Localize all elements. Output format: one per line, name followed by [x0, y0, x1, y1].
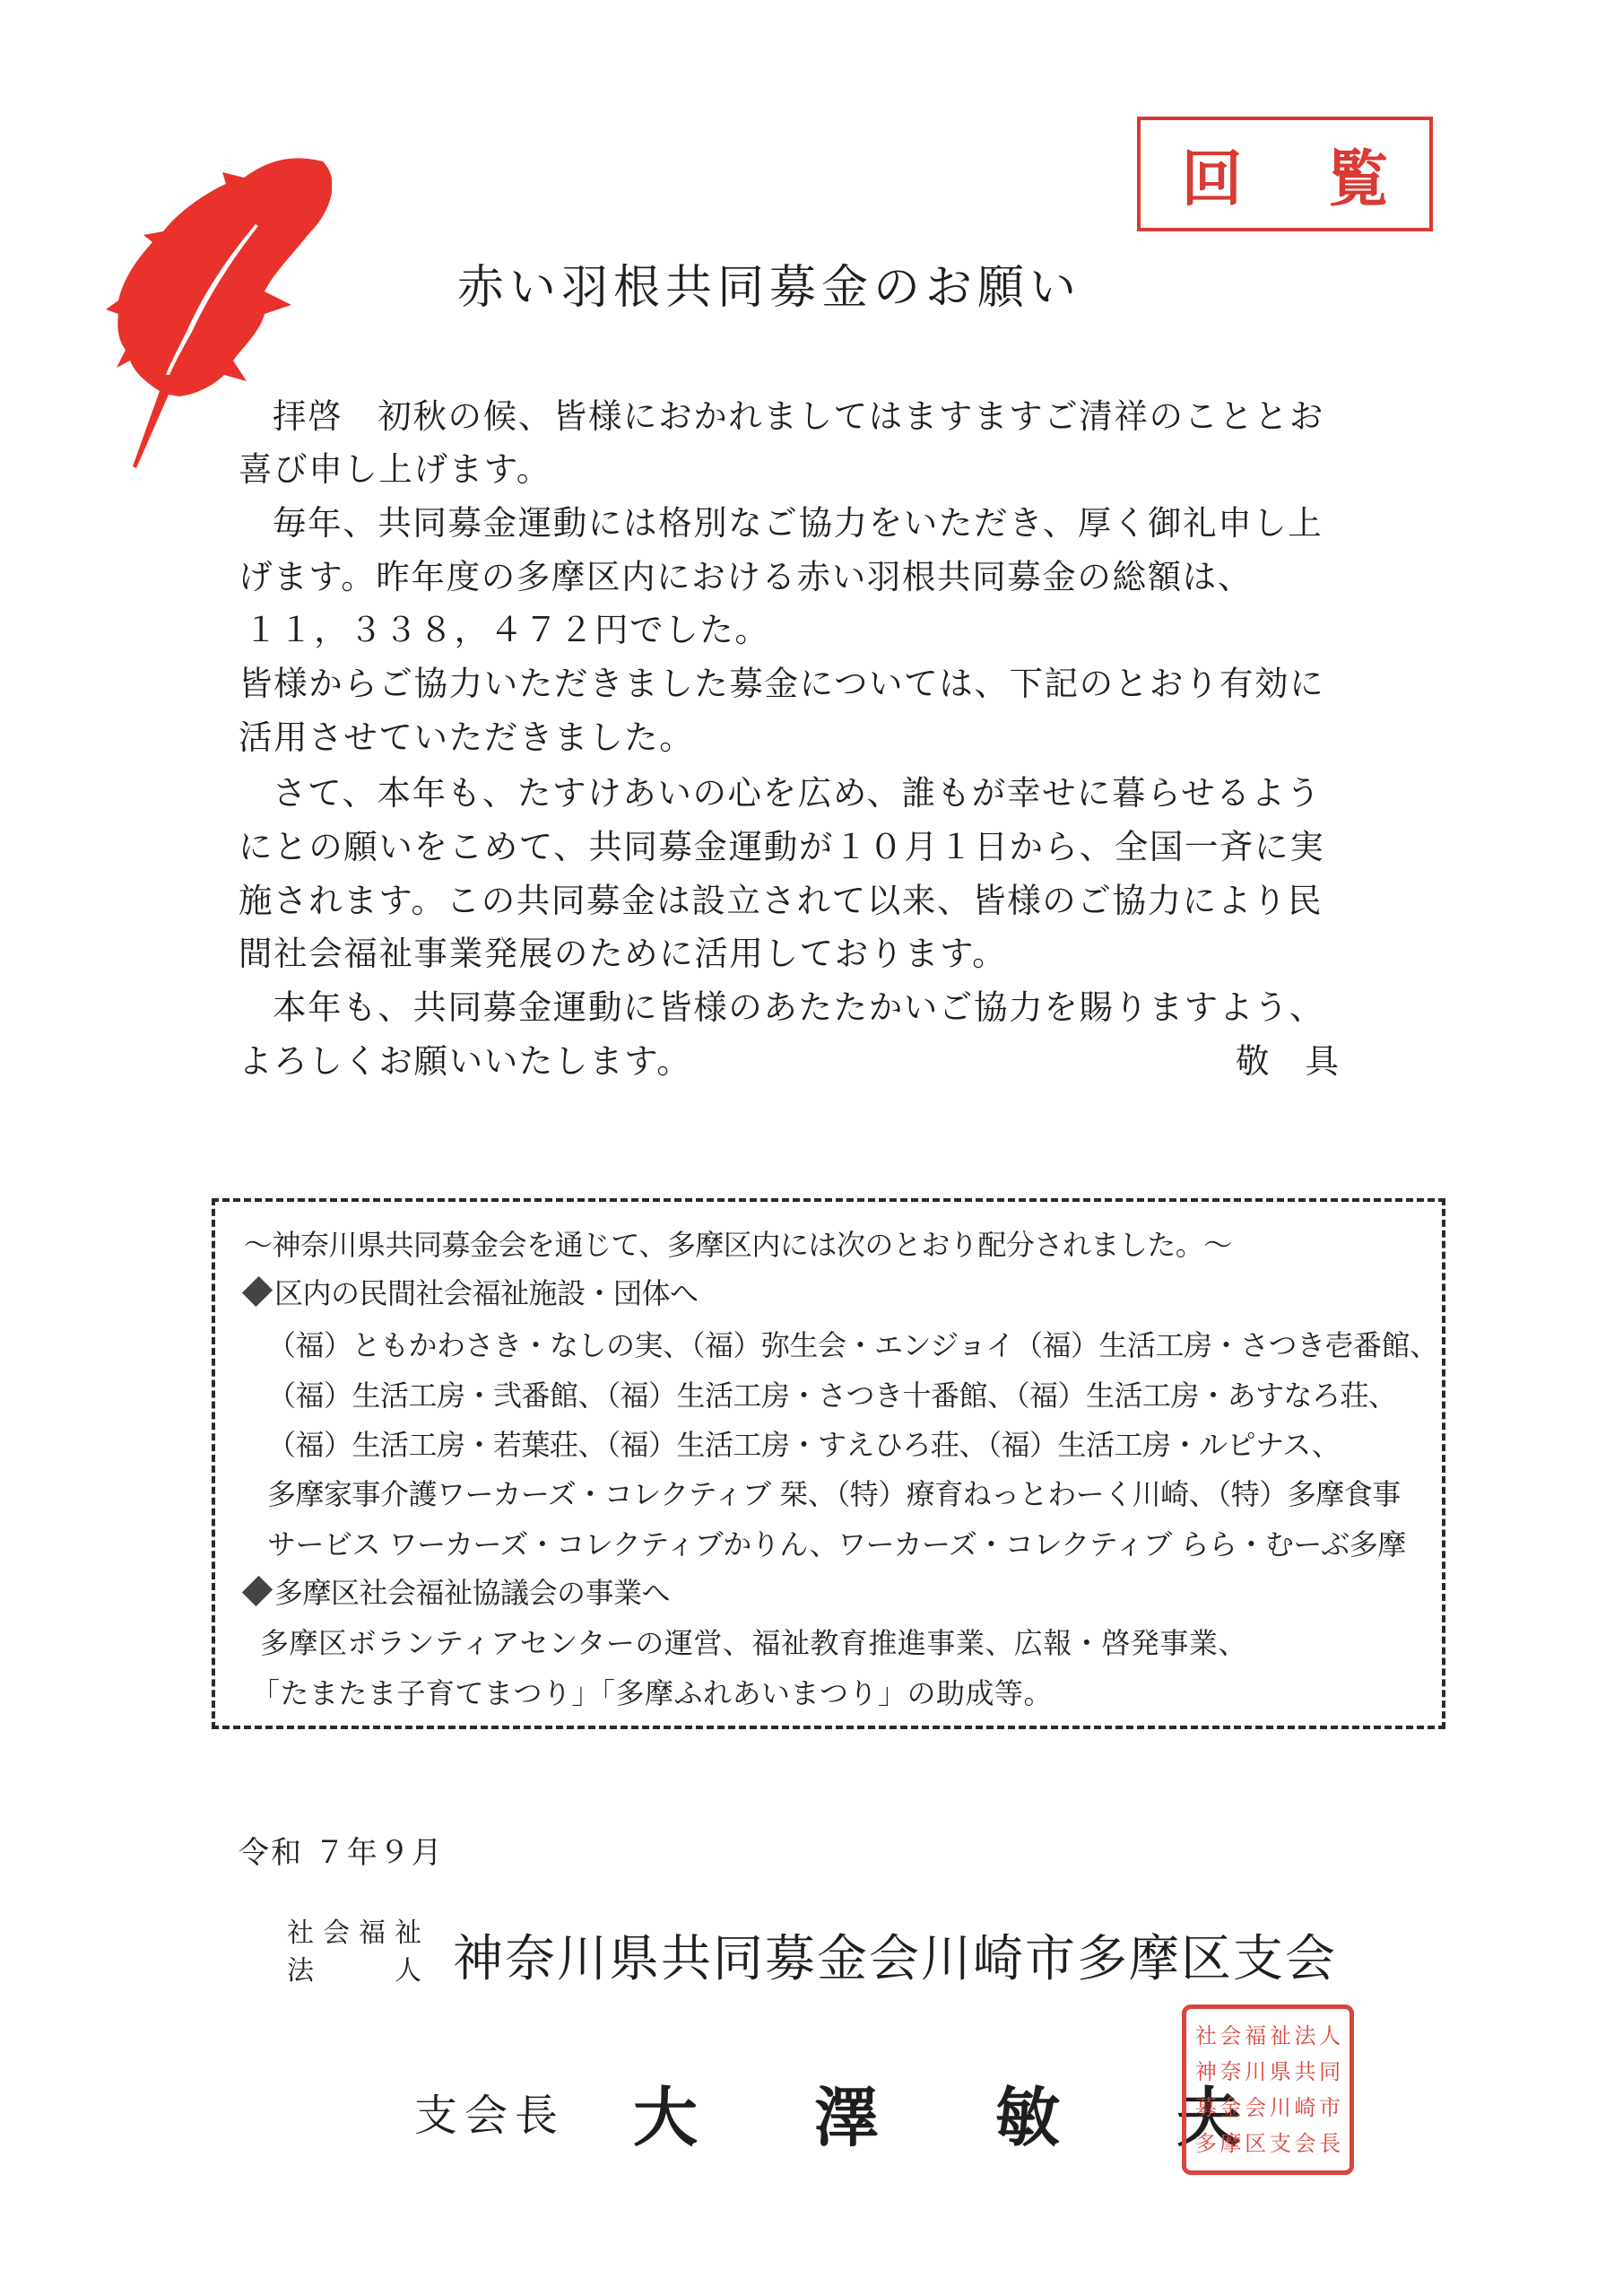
- org-legal-type: 社 会 福 祉 法 人: [287, 1915, 421, 1990]
- facility-line: （福）生活工房・若葉荘、（福）生活工房・すえひろ荘、（福）生活工房・ルピナス、: [267, 1431, 1340, 1459]
- facility-line: 多摩家事介護ワーカーズ・コレクティブ 栞、（特）療育ねっとわーく川崎、（特）多摩…: [267, 1480, 1401, 1509]
- diamond-bullet-icon: [242, 1576, 273, 1606]
- circulation-stamp-char-2: 覧: [1328, 131, 1389, 218]
- diamond-bullet-icon: [242, 1276, 273, 1307]
- letter-line: よろしくお願いいたします。: [239, 1045, 691, 1079]
- section-title-facilities: 区内の民間社会福祉施設・団体へ: [244, 1279, 699, 1308]
- president-title: 支会長: [414, 2081, 565, 2143]
- council-line: 「たまたま子育てまつり」「多摩ふれあいまつり」の助成等。: [251, 1679, 1053, 1708]
- facility-line: （福）ともかわさき・なしの実、（福）弥生会・エンジョイ（福）生活工房・さつき壱番…: [267, 1331, 1438, 1360]
- issue-date: 令和 ７年９月: [239, 1828, 444, 1872]
- letter-line: 毎年、共同募金運動には格別なご協力をいただき、厚く御礼申し上: [273, 507, 1324, 541]
- closing-keigu: 敬具: [1236, 1045, 1375, 1079]
- allocation-heading: ～神奈川県共同募金会を通じて、多摩区内には次のとおり配分されました。～: [244, 1231, 1232, 1259]
- council-line: 多摩区ボランティアセンターの運営、福祉教育推進事業、広報・啓発事業、: [260, 1629, 1247, 1657]
- letter-line: 本年も、共同募金運動に皆様のあたたかいご協力を賜りますよう、: [273, 991, 1324, 1025]
- letter-line: さて、本年も、たすけあいの心を広め、誰もが幸せに暮らせるよう: [273, 777, 1322, 811]
- letter-line: 喜び申し上げます。: [239, 453, 551, 487]
- letter-line: 活用させていただきました。: [239, 721, 694, 755]
- letter-line: 皆様からご協力いただきました募金については、下記のとおり有効に: [239, 667, 1324, 701]
- total-amount-line: １１，３３８，４７２円でした。: [244, 613, 770, 648]
- letter-line: げます。昨年度の多摩区内における赤い羽根共同募金の総額は、: [239, 561, 1253, 595]
- circulation-stamp-char-1: 回: [1181, 131, 1242, 218]
- circulation-stamp: 回 覧: [1137, 117, 1433, 231]
- letter-line: にとの願いをこめて、共同募金運動が１０月１日から、全国一斉に実: [239, 831, 1324, 865]
- facility-line: （福）生活工房・弐番館、（福）生活工房・さつき十番館、（福）生活工房・あすなろ荘…: [267, 1381, 1397, 1410]
- letter-line: 拝啓 初秋の候、皆様におかれましてはますますご清祥のこととお: [273, 400, 1324, 434]
- facility-line: サービス ワーカーズ・コレクティブかりん、ワーカーズ・コレクティブ らら・むーぶ…: [267, 1530, 1406, 1559]
- document-title: 赤い羽根共同募金のお願い: [457, 249, 1228, 317]
- organization-name: 神奈川県共同募金会川崎市多摩区支会: [453, 1919, 1337, 1991]
- letter-line: 施されます。この共同募金は設立されて以来、皆様のご協力により民: [239, 884, 1323, 918]
- section-title-council: 多摩区社会福祉協議会の事業へ: [244, 1578, 670, 1607]
- letter-line: 間社会福祉事業発展のために活用しております。: [239, 937, 1007, 971]
- official-seal: 社会福祉法人 神奈川県共同 募金会川崎市 多摩区支会長: [1182, 2005, 1354, 2175]
